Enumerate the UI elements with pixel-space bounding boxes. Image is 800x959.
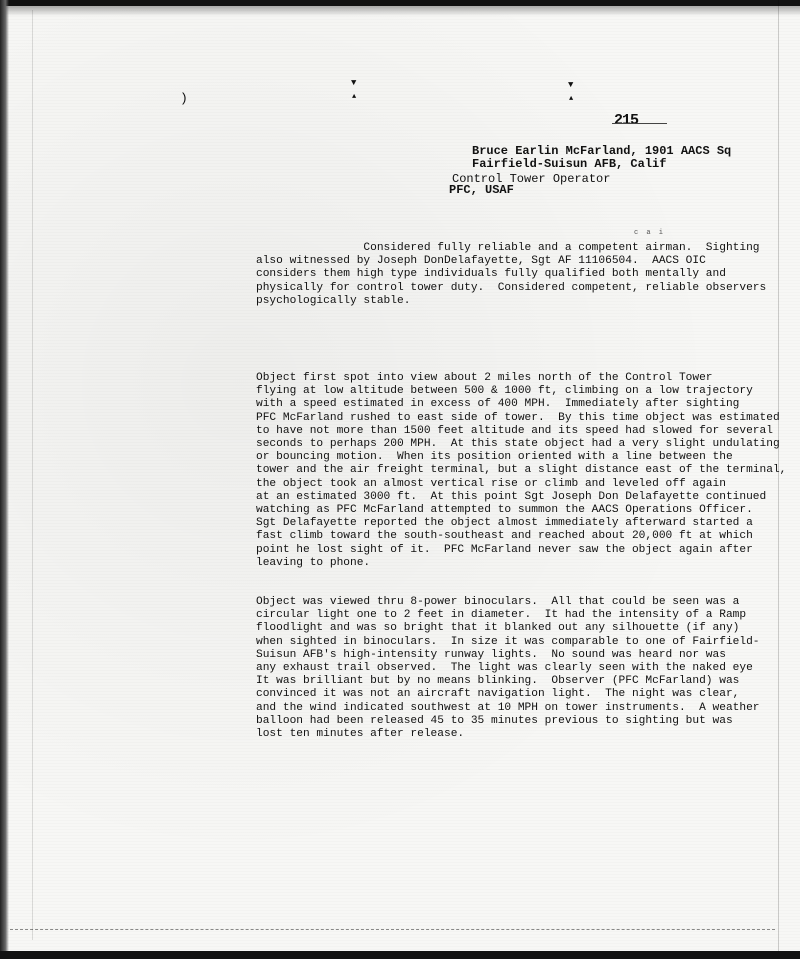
text-line: any exhaust trail observed. The light wa… [256,662,786,675]
faint-stamp: c a i [634,229,665,237]
text-line: also witnessed by Joseph DonDelafayette,… [256,255,786,268]
text-line: It was brilliant but by no means blinkin… [256,675,786,688]
text-line: leaving to phone. [256,557,786,570]
text-line: psychologically stable. [256,295,786,308]
text-line: watching as PFC McFarland attempted to s… [256,504,786,517]
text-line: Object first spot into view about 2 mile… [256,372,786,385]
paragraph-reliability: Considered fully reliable and a competen… [256,242,786,308]
text-line: Considered fully reliable and a competen… [256,242,786,255]
text-line: flying at low altitude between 500 & 100… [256,385,786,398]
page-number: 215 [614,112,638,129]
margin-rule-left [32,10,33,940]
text-line: Object was viewed thru 8-power binocular… [256,596,786,609]
text-line: floodlight and was so bright that it bla… [256,622,786,635]
text-line: lost ten minutes after release. [256,728,786,741]
text-line: Sgt Delafayette reported the object almo… [256,517,786,530]
text-line: when sighted in binoculars. In size it w… [256,636,786,649]
punch-mark-icon: ▼ [351,79,356,88]
text-line: Suisun AFB's high-intensity runway light… [256,649,786,662]
fold-line [10,929,775,930]
text-line: the object took an almost vertical rise … [256,478,786,491]
text-line: and the wind indicated southwest at 10 M… [256,702,786,715]
text-line: convinced it was not an aircraft navigat… [256,688,786,701]
text-line: to have not more than 1500 feet altitude… [256,425,786,438]
text-line: fast climb toward the south-southeast an… [256,530,786,543]
scan-bottom-border [0,951,800,959]
text-line: balloon had been released 45 to 35 minut… [256,715,786,728]
witness-rank: PFC, USAF [449,183,514,197]
punch-mark-icon: ▼ [568,81,573,90]
text-line: with a speed estimated in excess of 400 … [256,398,786,411]
text-line: tower and the air freight terminal, but … [256,464,786,477]
text-line: considers them high type individuals ful… [256,268,786,281]
paragraph-sighting-narrative: Object first spot into view about 2 mile… [256,372,786,570]
binder-mark: ) [180,94,188,103]
page-number-rule [612,123,667,124]
text-line: point he lost sight of it. PFC McFarland… [256,544,786,557]
text-line: circular light one to 2 feet in diameter… [256,609,786,622]
scanned-document-page: ) ▼ ▲ ▼ ▲ 215 Bruce Earlin McFarland, 19… [0,0,800,959]
text-line: seconds to perhaps 200 MPH. At this stat… [256,438,786,451]
punch-mark-icon: ▲ [569,95,573,104]
paragraph-object-description: Object was viewed thru 8-power binocular… [256,596,786,741]
scan-top-shadow [0,6,800,16]
witness-name: Bruce Earlin McFarland, 1901 AACS Sq [472,144,731,158]
text-line: at an estimated 3000 ft. At this point S… [256,491,786,504]
text-line: physically for control tower duty. Consi… [256,282,786,295]
punch-mark-icon: ▲ [352,93,356,102]
text-line: or bouncing motion. When its position or… [256,451,786,464]
witness-base: Fairfield-Suisun AFB, Calif [472,157,666,171]
scan-left-border [0,0,9,959]
text-line: PFC McFarland rushed to east side of tow… [256,412,786,425]
